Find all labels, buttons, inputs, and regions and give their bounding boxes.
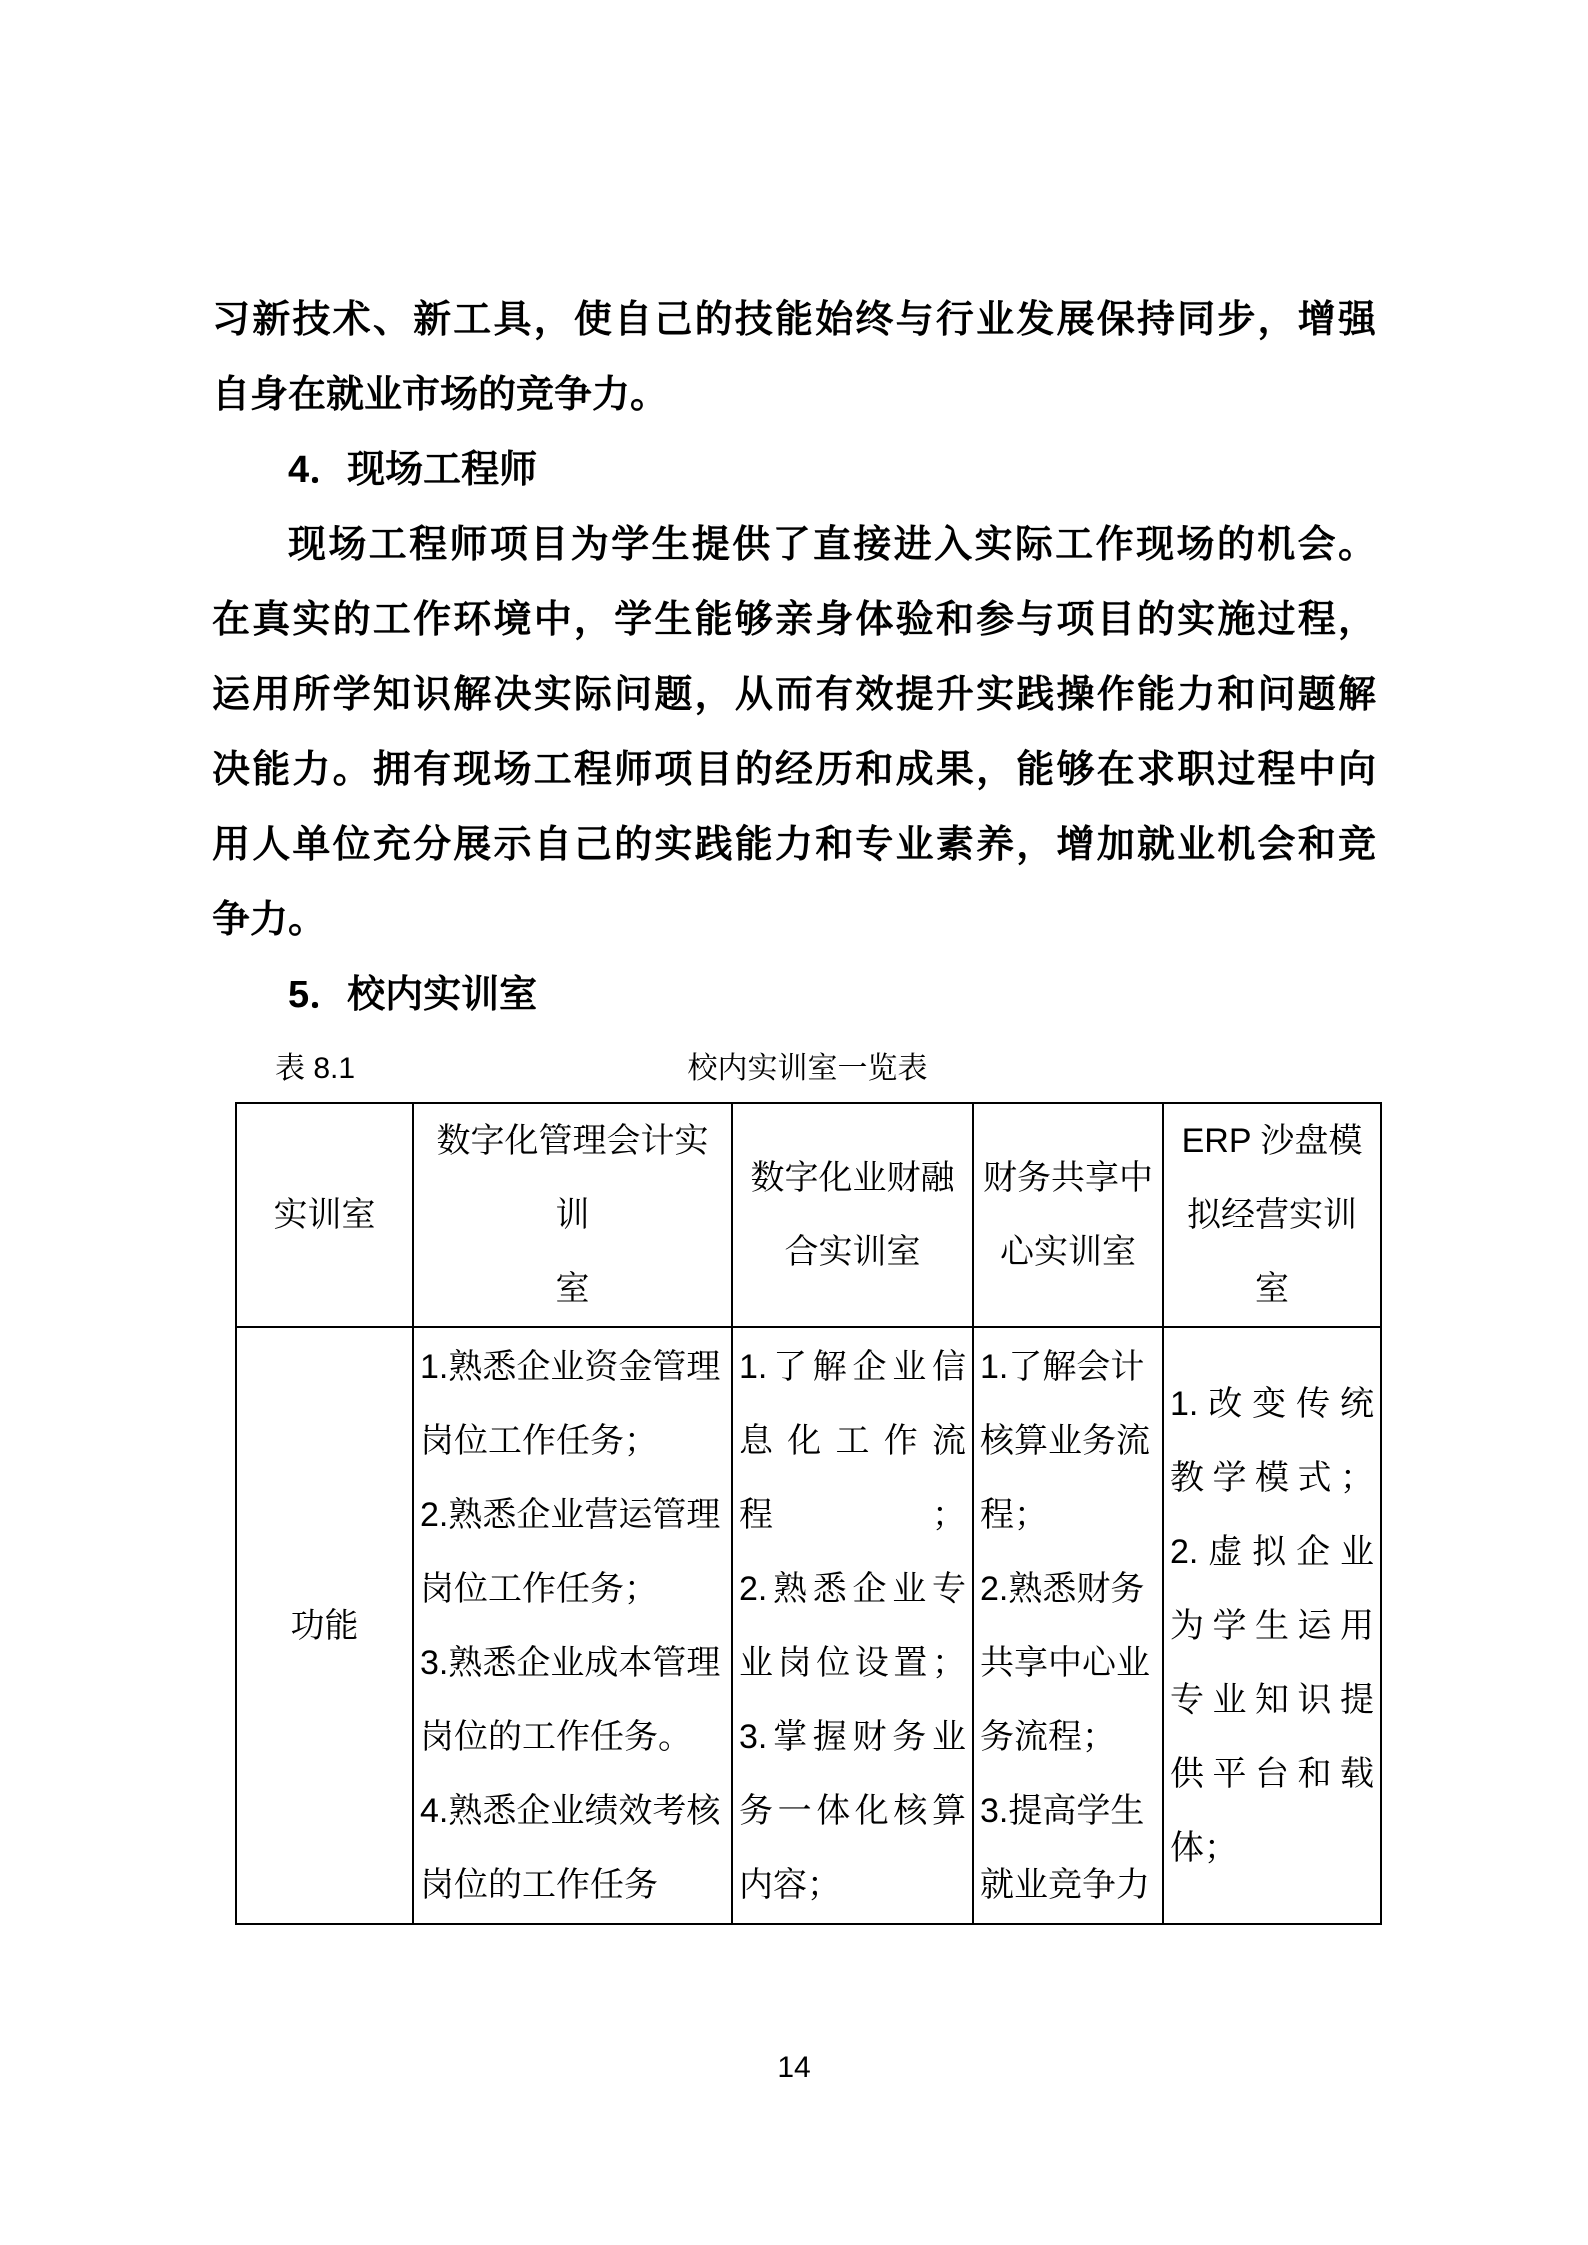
table-function-row: 功能 1.熟悉企业资金管理岗位工作任务；2.熟悉企业营运管理岗位工作任务；3.熟… xyxy=(236,1327,1381,1924)
cell-function-digital-management-accounting: 1.熟悉企业资金管理岗位工作任务；2.熟悉企业营运管理岗位工作任务；3.熟悉企业… xyxy=(413,1327,732,1924)
header-cell-financial-shared-center: 财务共享中心实训室 xyxy=(973,1103,1163,1327)
cell-function-digital-business-finance: 1.了解企业信息化工作流程；2.熟悉企业专业岗位设置；3.掌握财务业务一体化核算… xyxy=(732,1327,973,1924)
header-cell-training-room: 实训室 xyxy=(236,1103,413,1327)
table-caption-title: 校内实训室一览表 xyxy=(235,1035,1380,1102)
heading-4-text: 4．现场工程师 xyxy=(212,433,1376,508)
document-page: 习新技术、新工具，使自己的技能始终与行业发展保持同步，增强自身在就业市场的竞争力… xyxy=(0,0,1588,2245)
paragraph-continuation: 习新技术、新工具，使自己的技能始终与行业发展保持同步，增强自身在就业市场的竞争力… xyxy=(212,283,1376,433)
heading-5-text: 5．校内实训室 xyxy=(212,958,1376,1033)
heading-4: 4．现场工程师 xyxy=(212,433,1376,508)
body-text: 习新技术、新工具，使自己的技能始终与行业发展保持同步，增强自身在就业市场的竞争力… xyxy=(212,283,1376,1033)
heading-5: 5．校内实训室 xyxy=(212,958,1376,1033)
cell-function-erp-sandbox: 1.改变传统教学模式；2.虚拟企业为学生运用专业知识提供平台和载体； xyxy=(1163,1327,1381,1924)
header-cell-erp-sandbox: ERP 沙盘模拟经营实训室 xyxy=(1163,1103,1381,1327)
training-rooms-table: 实训室 数字化管理会计实训室 数字化业财融合实训室 财务共享中心实训室 ERP … xyxy=(235,1102,1382,1925)
header-cell-digital-business-finance: 数字化业财融合实训室 xyxy=(732,1103,973,1327)
page-number: 14 xyxy=(0,2048,1588,2088)
header-cell-digital-management-accounting: 数字化管理会计实训室 xyxy=(413,1103,732,1327)
cell-function-financial-shared-center: 1.了解会计核算业务流程；2.熟悉财务共享中心业务流程；3.提高学生就业竞争力 xyxy=(973,1327,1163,1924)
table-header-row: 实训室 数字化管理会计实训室 数字化业财融合实训室 财务共享中心实训室 ERP … xyxy=(236,1103,1381,1327)
cell-function-label: 功能 xyxy=(236,1327,413,1924)
paragraph-4: 现场工程师项目为学生提供了直接进入实际工作现场的机会。在真实的工作环境中，学生能… xyxy=(212,508,1376,958)
table-caption: 表 8.1 校内实训室一览表 xyxy=(235,1035,1380,1102)
